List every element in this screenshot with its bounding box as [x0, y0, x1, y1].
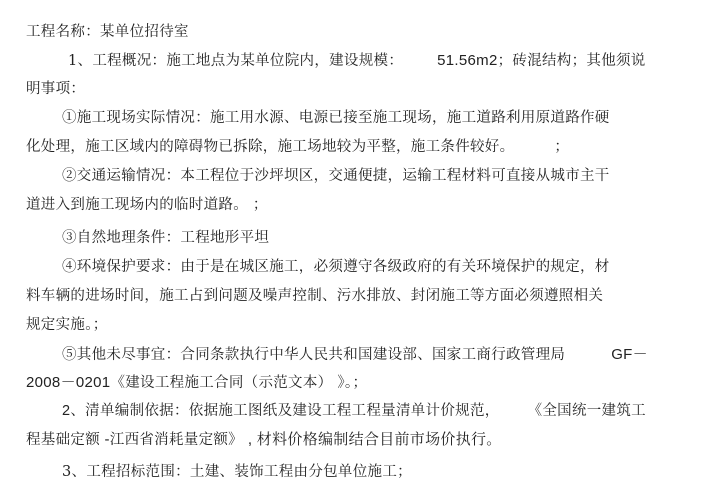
- text-segment: 2、清单编制依据：依据施工图纸及建设工程工程量清单计价规范，: [62, 403, 500, 419]
- text-segment: 《建设工程施工合同（示范文本） 》。；: [110, 375, 367, 391]
- project-name-heading: 工程名称：某单位招待室: [26, 23, 189, 41]
- paragraph-line: 化处理，施工区域内的障碍物已拆除，施工场地较为平整，施工条件较好。；: [26, 138, 569, 156]
- text-segment: 江西省消耗量定额》: [110, 432, 248, 448]
- paragraph-environment: ④环境保护要求：由于是在城区施工，必须遵守各级政府的有关环境保护的规定，材: [62, 258, 610, 276]
- paragraph-line: 明事项：: [26, 80, 85, 98]
- text-segment: 《全国统一建筑工: [528, 403, 646, 419]
- standard-code: 2008－0201: [26, 374, 110, 391]
- paragraph-overview: 1、工程概况：施工地点为某单位院内，建设规模：51.56m2；砖混结构；其他须说: [68, 52, 646, 70]
- paragraph-line: 规定实施。；: [26, 316, 108, 334]
- paragraph-site-conditions: ①施工现场实际情况：施工用水源、电源已接至施工现场，施工道路利用原道路作硬: [62, 109, 610, 127]
- paragraph-line: 程基础定额 -江西省消耗量定额》 , 材料价格编制结合目前市场价执行。: [26, 431, 502, 449]
- paragraph-line: 道进入到施工现场内的临时道路。 ；: [26, 196, 268, 214]
- text-segment: ；: [554, 139, 569, 155]
- text-segment: 化处理，施工区域内的障碍物已拆除，施工场地较为平整，施工条件较好。: [26, 139, 514, 155]
- paragraph-basis: 2、清单编制依据：依据施工图纸及建设工程工程量清单计价规范，《全国统一建筑工: [62, 402, 646, 420]
- text-segment: -: [100, 431, 110, 448]
- paragraph-other-matters: ⑤其他未尽事宜：合同条款执行中华人民共和国建设部、国家工商行政管理局GF－: [62, 346, 648, 364]
- text-segment: 程基础定额: [26, 432, 100, 448]
- text-segment: , 材料价格编制结合目前市场价执行。: [248, 431, 502, 448]
- paragraph-scope: 3、工程招标范围：土建、装饰工程由分包单位施工；: [62, 463, 412, 481]
- standard-code: GF－: [611, 346, 648, 363]
- text-segment: 1、工程概况：施工地点为某单位院内，建设规模：: [68, 53, 403, 69]
- area-value: 51.56m2: [437, 52, 497, 69]
- text-segment: ；砖混结构；其他须说: [498, 53, 646, 69]
- paragraph-line: 2008－0201《建设工程施工合同（示范文本） 》。；: [26, 374, 367, 392]
- paragraph-geography: ③自然地理条件：工程地形平坦: [62, 229, 269, 247]
- paragraph-transport: ②交通运输情况：本工程位于沙坪坝区，交通便捷，运输工程材料可直接从城市主干: [62, 167, 610, 185]
- text-segment: ⑤其他未尽事宜：合同条款执行中华人民共和国建设部、国家工商行政管理局: [62, 347, 565, 363]
- paragraph-line: 料车辆的进场时间，施工占到问题及噪声控制、污水排放、封闭施工等方面必须遵照相关: [26, 287, 603, 305]
